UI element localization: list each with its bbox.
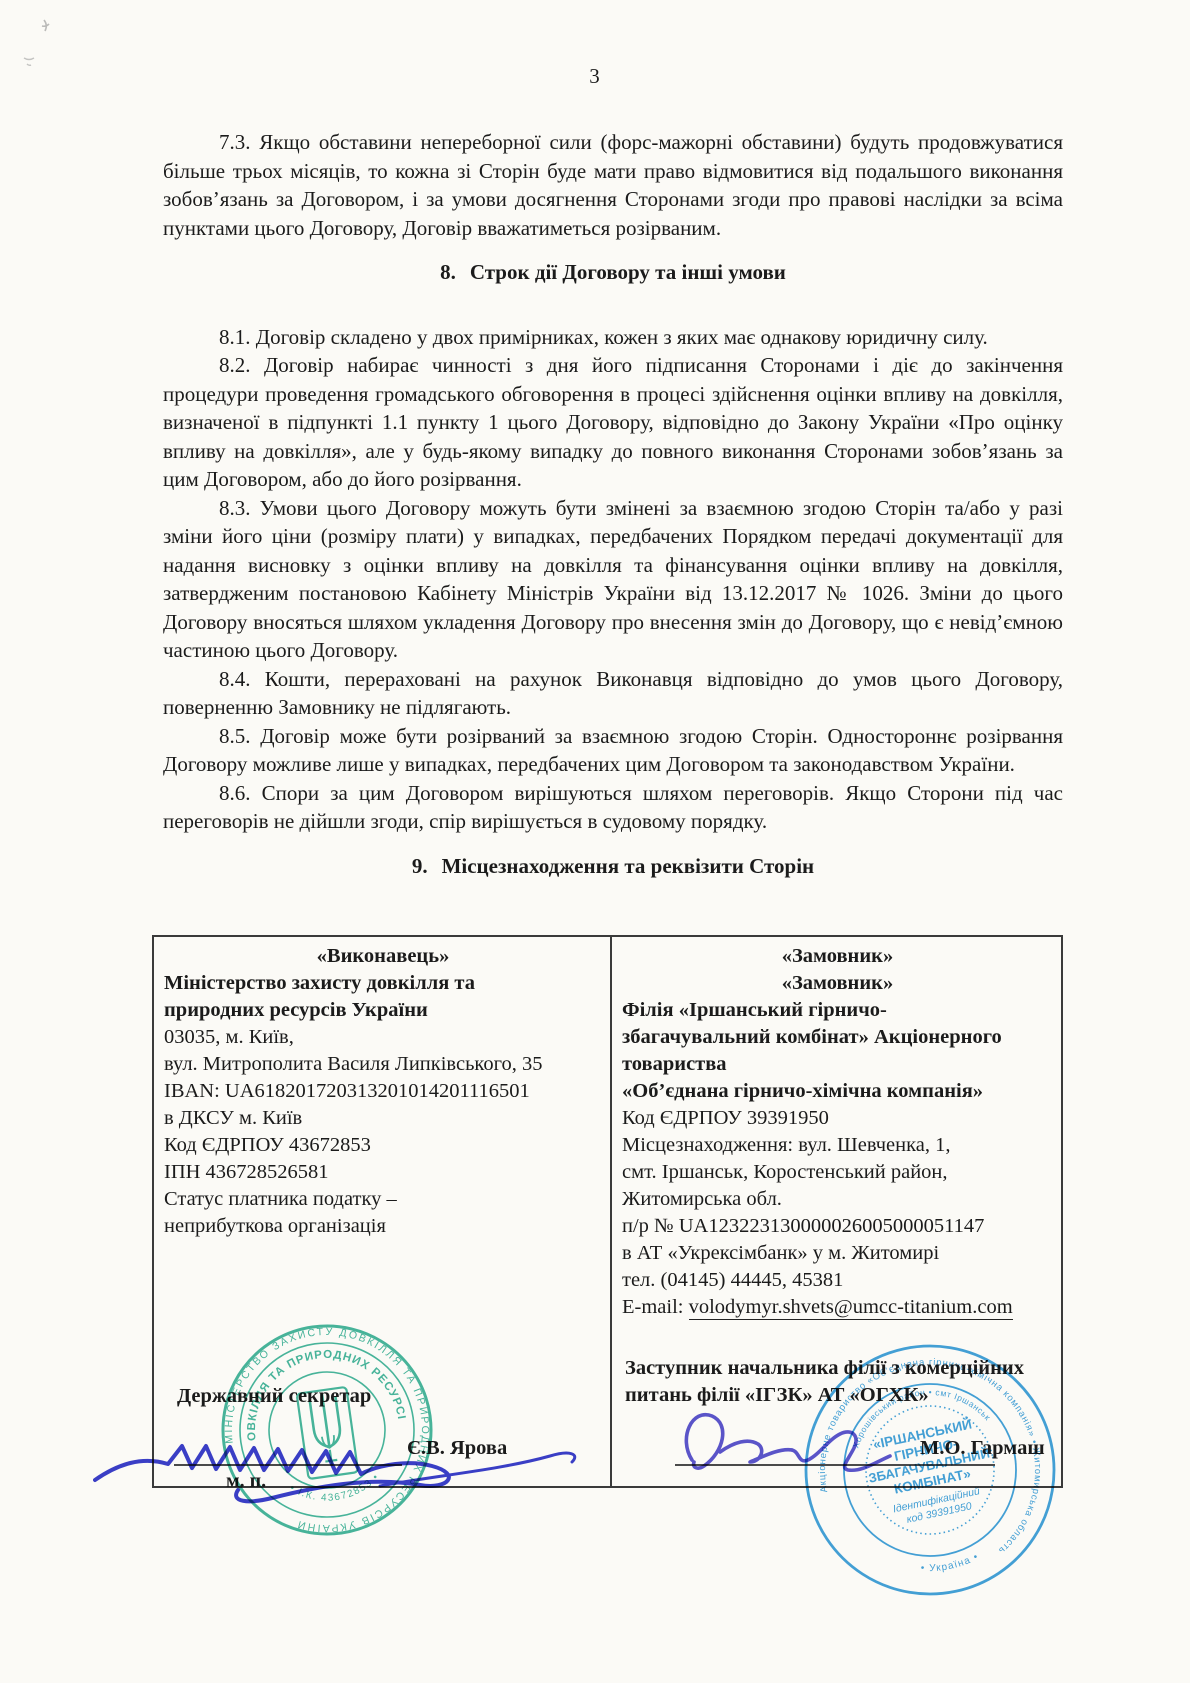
customer-org-line: Філія «Іршанський гірничо- — [622, 997, 1053, 1024]
customer-bank-line: в АТ «Укрексімбанк» у м. Житомирі — [622, 1240, 1053, 1267]
clause-7-3: 7.3. Якщо обставини непереборної сили (ф… — [163, 128, 1063, 242]
executor-bank-line: в ДКСУ м. Київ — [164, 1105, 602, 1132]
section-9-title: Місцезнаходження та реквізити Сторін — [442, 854, 815, 878]
customer-account-line: п/р № UA123223130000026005000051147 — [622, 1213, 1053, 1240]
section-8-heading: 8.Строк дії Договору та інші умови — [163, 258, 1063, 287]
section-9-heading: 9.Місцезнаходження та реквізити Сторін — [163, 852, 1063, 881]
customer-org-line: «Об’єднана гірничо-хімічна компанія» — [622, 1078, 1053, 1105]
executor-header: «Виконавець» — [164, 943, 602, 970]
customer-org-line: товариства — [622, 1051, 1053, 1078]
igzk-stamp-country-text: • Україна • — [918, 1551, 982, 1579]
customer-edrpou-line: Код ЄДРПОУ 39391950 — [622, 1105, 1053, 1132]
customer-header: «Замовник» — [622, 970, 1053, 997]
executor-address-line: 03035, м. Київ, — [164, 1024, 602, 1051]
executor-edrpou-line: Код ЄДРПОУ 43672853 — [164, 1132, 602, 1159]
contract-body: 7.3. Якщо обставини непереборної сили (ф… — [163, 128, 1063, 880]
clause-8-5: 8.5. Договір може бути розірваний за вза… — [163, 722, 1063, 779]
clause-8-2: 8.2. Договір набирає чинності з дня його… — [163, 351, 1063, 494]
harmash-signature — [686, 1415, 890, 1471]
email-value: volodymyr.shvets@umcc-titanium.com — [689, 1296, 1013, 1320]
svg-text:• Україна •: • Україна • — [918, 1551, 982, 1579]
customer-address-line: Місцезнаходження: вул. Шевченка, 1, — [622, 1132, 1053, 1159]
clause-8-4: 8.4. Кошти, перераховані на рахунок Вико… — [163, 665, 1063, 722]
yarova-signature — [95, 1446, 575, 1501]
customer-header: «Замовник» — [622, 943, 1053, 970]
section-8-title: Строк дії Договору та інші умови — [470, 260, 786, 284]
email-label: E-mail: — [622, 1296, 683, 1318]
customer-email-line: E-mail: volodymyr.shvets@umcc-titanium.c… — [622, 1294, 1053, 1321]
clause-8-1: 8.1. Договір складено у двох примірниках… — [163, 323, 1063, 352]
executor-org-line: Міністерство захисту довкілля та — [164, 970, 602, 997]
executor-tax-status-line: Статус платника податку – — [164, 1186, 602, 1213]
executor-ipn-line: ІПН 436728526581 — [164, 1159, 602, 1186]
clause-8-6: 8.6. Спори за цим Договором вирішуються … — [163, 779, 1063, 836]
customer-address-line: смт. Іршанськ, Коростенський район, — [622, 1159, 1053, 1186]
customer-org-line: збагачувальний комбінат» Акціонерного — [622, 1024, 1053, 1051]
executor-org-line: природних ресурсів України — [164, 997, 602, 1024]
customer-phone-line: тел. (04145) 44445, 45381 — [622, 1267, 1053, 1294]
section-8-number: 8. — [440, 260, 456, 284]
executor-tax-status-line: неприбуткова організація — [164, 1213, 602, 1240]
page-number: 3 — [0, 64, 1190, 89]
executor-iban-line: IBAN: UA618201720313201014201116501 — [164, 1078, 602, 1105]
customer-address-line: Житомирська обл. — [622, 1186, 1053, 1213]
section-9-number: 9. — [412, 854, 428, 878]
signatures-layer — [80, 1390, 1100, 1540]
executor-address-line: вул. Митрополита Василя Липківського, 35 — [164, 1051, 602, 1078]
document-page: 3 7.3. Якщо обставини непереборної сили … — [0, 0, 1190, 1683]
clause-8-3: 8.3. Умови цього Договору можуть бути зм… — [163, 494, 1063, 665]
